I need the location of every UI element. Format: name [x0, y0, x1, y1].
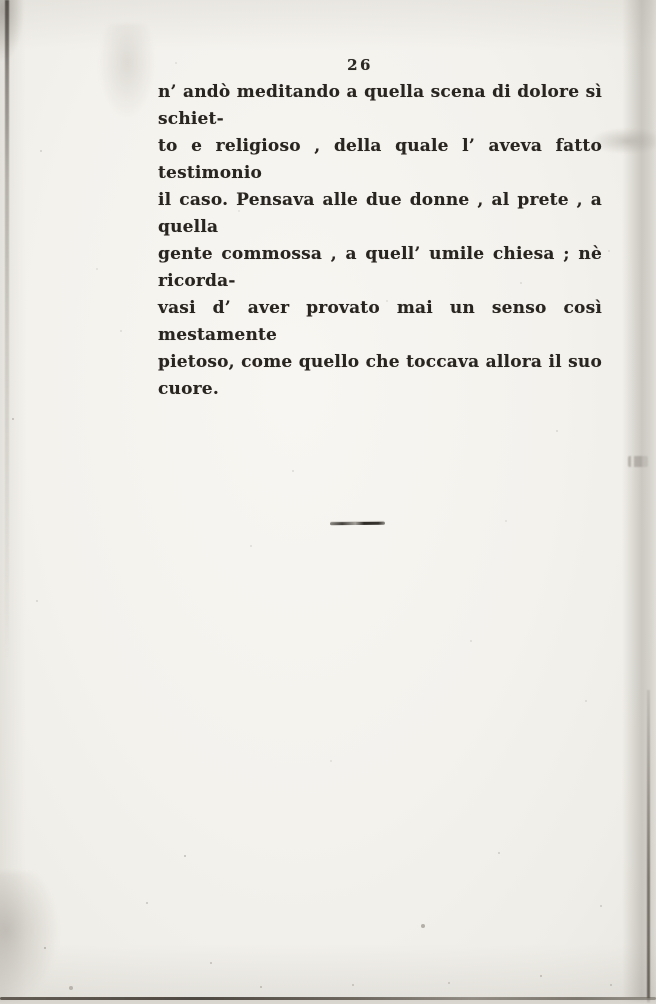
page-edge-line-bottom [0, 997, 656, 1000]
page-number: 26 [330, 56, 390, 74]
paragraph-line: to e religioso , della quale l’ aveva fa… [158, 133, 602, 187]
paragraph-line: gente commossa , a quell’ umile chiesa ;… [158, 241, 602, 295]
paragraph-line: n’ andò meditando a quella scena di dolo… [158, 79, 602, 133]
scanned-book-page: 26 n’ andò meditando a quella scena di d… [0, 0, 656, 1004]
binding-crease-left [5, 0, 9, 660]
section-divider-rule [330, 522, 385, 526]
smudge-bottom-left [0, 872, 58, 1002]
paragraph-line: il caso. Pensava alle due donne , al pre… [158, 187, 602, 241]
page-edge-line-right [647, 690, 650, 1004]
paragraph-line: pietoso, come quello che toccava allora … [158, 349, 602, 403]
body-paragraph: n’ andò meditando a quella scena di dolo… [158, 79, 602, 403]
paragraph-line: vasi d’ aver provato mai un senso così m… [158, 295, 602, 349]
smudge-top [98, 24, 156, 120]
smudge-top-left [0, 0, 24, 62]
marginal-pencil-smudge [628, 456, 648, 467]
